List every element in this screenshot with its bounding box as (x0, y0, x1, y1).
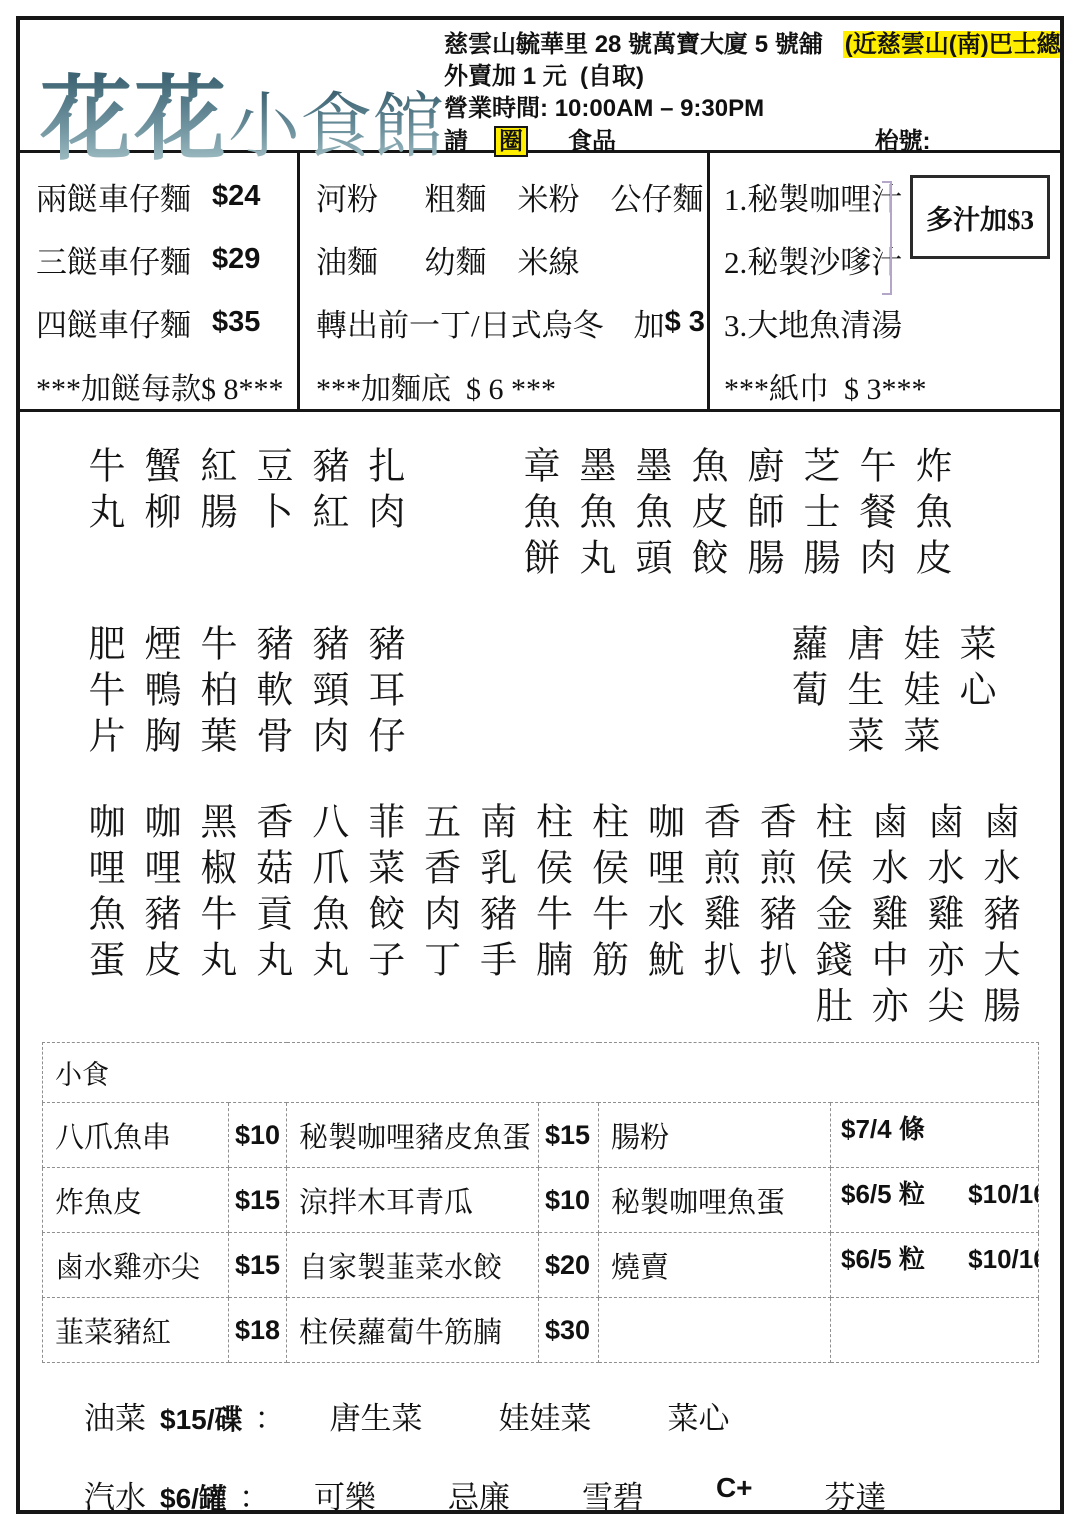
snack-name[interactable]: 秘製咖哩豬皮魚蛋 (287, 1103, 539, 1168)
top-option-boxes: 兩餸車仔麵$24 三餸車仔麵$29 四餸車仔麵$35 ***加餸每款$ 8***… (20, 150, 1060, 412)
dish-column[interactable]: 牛柏葉 (196, 624, 233, 762)
dish-column[interactable]: 八爪魚丸 (308, 802, 345, 1032)
dish-subgroup-left: 肥牛片 煙鴨胸 牛柏葉 豬軟骨 豬頸肉 豬耳仔 (84, 624, 401, 762)
combo-note: ***加餸每款$ 8*** (36, 354, 297, 417)
snack-name[interactable]: 炸魚皮 (43, 1168, 229, 1233)
noodle-upgrade-label: 轉出前一丁/日式烏冬 (316, 300, 604, 345)
address-highlight: (近慈雲山(南)巴士總站) (843, 31, 1064, 58)
veg-label: 油菜 (84, 1393, 146, 1438)
snack-name[interactable]: 腸粉 (599, 1103, 831, 1168)
combo-row[interactable]: 兩餸車仔麵$24 (36, 165, 297, 228)
snack-price: $10 (539, 1168, 599, 1233)
veg-option[interactable]: 娃娃菜 (499, 1393, 592, 1438)
snack-price: $20 (539, 1233, 599, 1298)
veg-colon: ： (255, 1393, 286, 1438)
dish-column[interactable]: 咖哩水魷 (643, 802, 680, 1032)
dish-column[interactable]: 芝士腸 (799, 446, 836, 584)
dish-column[interactable]: 蟹柳 (140, 446, 177, 584)
vegetable-line: 油菜 $15/碟 ： 唐生菜 娃娃菜 菜心 (84, 1393, 1060, 1438)
dish-column[interactable]: 鹵水雞中亦 (867, 802, 904, 1032)
dish-column[interactable]: 煙鴨胸 (140, 624, 177, 762)
veg-price: $15/碟 (160, 1398, 243, 1438)
dish-column[interactable]: 咖哩魚蛋 (84, 802, 121, 1032)
hours-line: 營業時間: 10:00AM – 9:30PM (444, 94, 1064, 124)
dish-column[interactable]: 鹵水豬大腸 (979, 802, 1016, 1032)
dish-group-meats-veg: 肥牛片 煙鴨胸 牛柏葉 豬軟骨 豬頸肉 豬耳仔 蘿蔔 唐生菜 娃娃菜 菜心 (20, 624, 1060, 762)
drink-option[interactable]: 芬達 (825, 1472, 887, 1514)
dish-column[interactable]: 肥牛片 (84, 624, 121, 762)
snack-price-note: $7/4 條 (831, 1103, 1039, 1168)
dish-column[interactable]: 豬紅 (308, 446, 345, 584)
dish-column[interactable]: 扎肉 (364, 446, 401, 584)
combo-name: 三餸車仔麵 (36, 237, 212, 282)
dish-column[interactable]: 菲菜餃子 (364, 802, 401, 1032)
sauce-bracket (882, 181, 892, 295)
snack-price: $18 (229, 1298, 287, 1363)
veg-option[interactable]: 菜心 (668, 1393, 730, 1438)
header-info: 慈雲山毓華里 28 號萬寶大廈 5 號舖 (近慈雲山(南)巴士總站) 外賣加 1… (444, 28, 1064, 150)
dish-group-balls: 牛丸 蟹柳 紅腸 豆卜 豬紅 扎肉 章魚餅 墨魚丸 墨魚頭 魚皮餃 廚師腸 芝士… (20, 446, 1060, 584)
combo-row[interactable]: 三餸車仔麵$29 (36, 228, 297, 291)
snack-name[interactable]: 自家製韮菜水餃 (287, 1233, 539, 1298)
snacks-title: 小食 (43, 1043, 1039, 1103)
dish-column[interactable]: 娃娃菜 (899, 624, 936, 762)
dish-column[interactable]: 柱侯牛筋 (587, 802, 624, 1032)
noodle-row-1[interactable]: 河粉 粗麵 米粉 公仔麵 (316, 165, 707, 228)
sauce-option-3[interactable]: 3.大地魚清湯 (724, 291, 1060, 354)
snack-price: $10 (229, 1103, 287, 1168)
menu-page: 花花小食館 慈雲山毓華里 28 號萬寶大廈 5 號舖 (近慈雲山(南)巴士總站)… (0, 0, 1080, 1530)
dish-column[interactable]: 章魚餅 (519, 446, 556, 584)
snack-name[interactable]: 鹵水雞亦尖 (43, 1233, 229, 1298)
drink-option[interactable]: 可樂 (314, 1472, 376, 1514)
noodle-note: ***加麵底 $ 6 *** (316, 354, 707, 417)
dish-column[interactable]: 豬頸肉 (308, 624, 345, 762)
dish-column[interactable]: 牛丸 (84, 446, 121, 584)
dish-subgroup-right: 章魚餅 墨魚丸 墨魚頭 魚皮餃 廚師腸 芝士腸 午餐肉 炸魚皮 (519, 446, 948, 584)
drinks-line: 汽水 $6/罐 ： 可樂 忌廉 雪碧 C+ 芬達 (84, 1472, 1060, 1514)
dish-column[interactable]: 柱侯金錢肚 (811, 802, 848, 1032)
dish-column[interactable]: 柱侯牛腩 (532, 802, 569, 1032)
address-text: 慈雲山毓華里 28 號萬寶大廈 5 號舖 (444, 31, 843, 58)
dish-column[interactable]: 咖哩豬皮 (140, 802, 177, 1032)
snack-price: $30 (539, 1298, 599, 1363)
dish-column[interactable]: 廚師腸 (743, 446, 780, 584)
noodle-row-3[interactable]: 轉出前一丁/日式烏冬加$ 3 (316, 291, 707, 354)
dish-column[interactable]: 香菇貢丸 (252, 802, 289, 1032)
dish-column[interactable]: 南乳豬手 (476, 802, 513, 1032)
dish-subgroup-right: 蘿蔔 唐生菜 娃娃菜 菜心 (787, 624, 992, 762)
snack-name[interactable]: 涼拌木耳青瓜 (287, 1168, 539, 1233)
takeaway-line: 外賣加 1 元 (自取) (444, 62, 1064, 92)
circle-pre: 請 (444, 128, 468, 155)
table-row: 韮菜豬紅 $18 柱侯蘿蔔牛筋腩 $30 (43, 1298, 1039, 1363)
dish-column[interactable]: 菜心 (955, 624, 992, 762)
veg-option[interactable]: 唐生菜 (330, 1393, 423, 1438)
dish-column[interactable]: 香煎雞扒 (699, 802, 736, 1032)
drink-option[interactable]: 雪碧 (582, 1472, 644, 1514)
sauce-soup-box: 1.秘製咖哩汁 2.秘製沙嗲汁 3.大地魚清湯 ***紙巾 $ 3*** 多汁加… (710, 153, 1060, 409)
dish-column[interactable]: 午餐肉 (855, 446, 892, 584)
dish-column[interactable]: 蘿蔔 (787, 624, 824, 762)
dish-column[interactable]: 鹵水雞亦尖 (923, 802, 960, 1032)
snacks-table: 小食 八爪魚串 $10 秘製咖哩豬皮魚蛋 $15 腸粉 $7/4 條 炸魚皮 $… (42, 1042, 1039, 1363)
snack-price: $15 (229, 1168, 287, 1233)
table-row: 鹵水雞亦尖 $15 自家製韮菜水餃 $20 燒賣 $6/5 粒 $10/10 粒 (43, 1233, 1039, 1298)
snack-name[interactable]: 燒賣 (599, 1233, 831, 1298)
combo-name: 四餸車仔麵 (36, 300, 212, 345)
snack-price-note: $6/5 粒 $10/10 粒 (831, 1168, 1039, 1233)
dish-column[interactable]: 紅腸 (196, 446, 233, 584)
combo-price: $24 (212, 180, 260, 213)
noodle-upgrade-add: 加 (634, 300, 665, 345)
dish-column[interactable]: 墨魚丸 (575, 446, 612, 584)
noodle-upgrade-price: $ 3 (665, 306, 705, 339)
combo-price: $29 (212, 243, 260, 276)
combo-name: 兩餸車仔麵 (36, 174, 212, 219)
snack-name[interactable]: 八爪魚串 (43, 1103, 229, 1168)
header: 花花小食館 慈雲山毓華里 28 號萬寶大廈 5 號舖 (近慈雲山(南)巴士總站)… (20, 20, 1060, 150)
drink-option[interactable]: C+ (716, 1472, 753, 1514)
snack-price-note (831, 1298, 1039, 1363)
drink-option[interactable]: 忌廉 (448, 1472, 510, 1514)
napkin-note: ***紙巾 $ 3*** (724, 354, 1060, 417)
table-row: 炸魚皮 $15 涼拌木耳青瓜 $10 秘製咖哩魚蛋 $6/5 粒 $10/10 … (43, 1168, 1039, 1233)
dish-column[interactable]: 香煎豬扒 (755, 802, 792, 1032)
combo-price-box: 兩餸車仔麵$24 三餸車仔麵$29 四餸車仔麵$35 ***加餸每款$ 8*** (20, 153, 300, 409)
page-border: 花花小食館 慈雲山毓華里 28 號萬寶大廈 5 號舖 (近慈雲山(南)巴士總站)… (16, 16, 1064, 1514)
dish-column[interactable]: 炸魚皮 (911, 446, 948, 584)
dish-column[interactable]: 豬軟骨 (252, 624, 289, 762)
snack-price-note: $6/5 粒 $10/10 粒 (831, 1233, 1039, 1298)
combo-row[interactable]: 四餸車仔麵$35 (36, 291, 297, 354)
dish-column[interactable]: 唐生菜 (843, 624, 880, 762)
snack-name[interactable]: 秘製咖哩魚蛋 (599, 1168, 831, 1233)
dish-column[interactable]: 黑椒牛丸 (196, 802, 233, 1032)
snack-name[interactable]: 柱侯蘿蔔牛筋腩 (287, 1298, 539, 1363)
table-row: 八爪魚串 $10 秘製咖哩豬皮魚蛋 $15 腸粉 $7/4 條 (43, 1103, 1039, 1168)
extra-sauce-price-box: 多汁加$3 (910, 175, 1050, 259)
dish-column[interactable]: 魚皮餃 (687, 446, 724, 584)
dish-column[interactable]: 五香肉丁 (420, 802, 457, 1032)
dish-group-specials: 咖哩魚蛋 咖哩豬皮 黑椒牛丸 香菇貢丸 八爪魚丸 菲菜餃子 五香肉丁 南乳豬手 … (20, 802, 1060, 1032)
noodle-row-2[interactable]: 油麵 幼麵 米線 (316, 228, 707, 291)
drink-options: 可樂 忌廉 雪碧 C+ 芬達 (314, 1472, 959, 1514)
dish-column[interactable]: 豬耳仔 (364, 624, 401, 762)
dish-subgroup-left: 牛丸 蟹柳 紅腸 豆卜 豬紅 扎肉 (84, 446, 401, 584)
drink-price: $6/罐 (160, 1477, 227, 1514)
circle-post: 食品 (568, 128, 616, 155)
snack-name[interactable] (599, 1298, 831, 1363)
snacks-header-row: 小食 (43, 1043, 1039, 1103)
snack-price: $15 (229, 1233, 287, 1298)
veg-options: 唐生菜 娃娃菜 菜心 (330, 1393, 806, 1438)
drink-label: 汽水 (84, 1472, 146, 1514)
dish-column[interactable]: 墨魚頭 (631, 446, 668, 584)
noodle-base-box: 河粉 粗麵 米粉 公仔麵 油麵 幼麵 米線 轉出前一丁/日式烏冬加$ 3 ***… (300, 153, 710, 409)
drink-colon: ： (239, 1472, 270, 1514)
address-line: 慈雲山毓華里 28 號萬寶大廈 5 號舖 (近慈雲山(南)巴士總站) (444, 30, 1064, 60)
snack-price: $15 (539, 1103, 599, 1168)
combo-price: $35 (212, 306, 260, 339)
snack-name[interactable]: 韮菜豬紅 (43, 1298, 229, 1363)
restaurant-logo: 花花小食館 (40, 28, 444, 150)
dish-column[interactable]: 豆卜 (252, 446, 289, 584)
